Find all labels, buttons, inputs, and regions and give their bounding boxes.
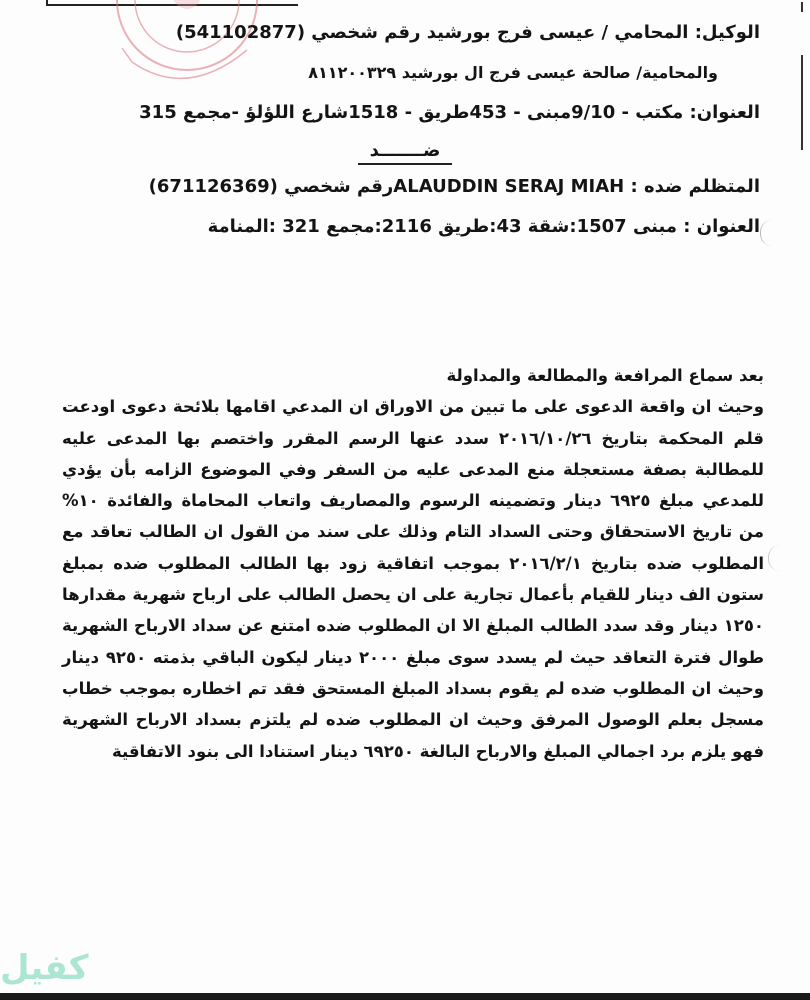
document-page: الوكيل: المحامي / عيسى فرج بورشيد رقم شخ…	[0, 0, 810, 1000]
bottom-border-bar	[0, 993, 810, 1000]
watermark-logo: كفيل	[0, 948, 88, 988]
respondent-line: المتظلم ضده : ALAUDDIN SERAJ MIAHرقم شخص…	[149, 176, 760, 197]
agent-line: الوكيل: المحامي / عيسى فرج بورشيد رقم شخ…	[176, 22, 760, 43]
respondent-address: العنوان : مبنى 1507:شقة 43:طريق 2116:مجم…	[208, 216, 760, 237]
margin-bracket-line	[801, 55, 803, 150]
margin-curve-mark	[768, 545, 783, 571]
versus-heading: ضـــــــد	[358, 140, 453, 165]
margin-tick-mark	[801, 2, 803, 12]
agent-line-2: والمحامية/ صالحة عيسى فرج ال بورشيد ٨١١٢…	[308, 63, 718, 82]
official-stamp-icon	[112, 0, 262, 90]
agent-address: العنوان: مكتب - 9/10مبنى - 453طريق - 151…	[139, 97, 760, 129]
margin-curve-mark	[760, 220, 775, 246]
judgment-body: بعد سماع المرافعة والمطالعة والمداولة وح…	[62, 360, 764, 767]
case-facts-paragraph: وحيث ان واقعة الدعوى على ما تبين من الاو…	[62, 391, 764, 767]
opening-statement: بعد سماع المرافعة والمطالعة والمداولة	[62, 360, 764, 391]
versus-heading-wrap: ضـــــــد	[0, 140, 810, 161]
